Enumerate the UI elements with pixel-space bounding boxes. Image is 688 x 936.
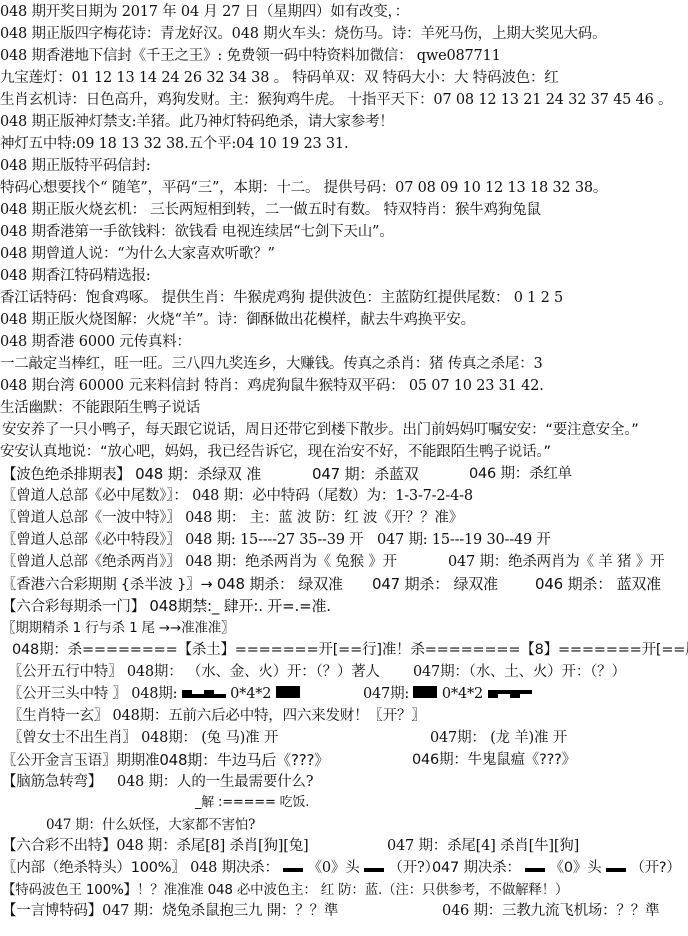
wave-king-row: 【特码波色王 100%】！？准准准 048 必中波色主： 红 防：蓝.（注：只供… [2,880,568,900]
ms-zeng-title: 〖曾女士不出生肖〗 [8,728,137,748]
wave-kill-046: 046 期：杀红单 [469,464,572,484]
zodiac-one-mystery-title: 〖生肖特一玄〗 [8,706,108,726]
kill-two-zodiac-048: 048 期：绝杀两肖为《 兔猴 》开 [185,552,397,572]
fire-mystery-line: 048 期正版火烧玄机： 三长两短相到转，二一做五时有数。 特双特肖：猴牛鸡狗兔… [0,200,541,220]
inner-kill-head-047-mid: 《0》头 [550,858,602,878]
underground-envelope-line: 048 期香港地下信封《千王之王》: 免费领一码中特资料加微信： qwe0877… [0,46,501,66]
brain-teaser-row: 【脑筋急转弯】 048 期：人的一生最需要什么? [2,772,313,792]
golden-words-title: 〖公开金言玉语〗期期准 [2,751,159,771]
black-bars-icon [276,684,300,704]
black-bars-icon [488,684,532,704]
must-segment-row: 〖曾道人总部《必中特段》〗 048 期: 15----27 35--39 开 0… [2,530,363,550]
wave-kill-row: 【波色绝杀排期表】 048 期：杀绿双 准 047 期：杀蓝双 046 期：杀红… [2,464,261,485]
special-envelope-line: 特码心想要找个“ 随笔”，平码“三”，本期：十二。 提供号码：07 08 09 … [0,178,607,198]
one-wave-048: 048 期： 主：蓝 波 防：红 波《开？？准》 [185,508,463,528]
three-heads-048-label: 048期: [131,684,177,704]
no-special-048: 048 期：杀尾[8] 杀肖[狗][兔] [116,836,308,856]
no-special-047: 047 期：杀尾[4] 杀肖[牛][狗] [387,836,579,856]
wave-king-text: ！？准准准 048 必中波色主： 红 防：蓝.（注：只供参考，不做解释！） [137,880,568,900]
one-word-bet-046: 046 期：三教九流飞机场：？？準 [442,901,659,921]
black-bars-icon [525,858,545,878]
inner-kill-head-048-label: 048 期决杀： [190,858,279,878]
must-tail-title: 〖曾道人总部《必中尾数》〗： [2,486,188,506]
three-heads-047-label: 047期: [363,684,409,704]
kill-half-wave-title: 〖香港六合彩期期 {杀半波 }〗→ [2,575,212,595]
humor-story-2: 安安认真地说：“放心吧，妈妈，我已经告诉它，现在治安不好，不能跟陌生鸭子说话。” [0,442,551,462]
black-bars-icon [413,684,437,704]
plum-poem-line: 048 期正版四字梅花诗：青龙好汉。048 期火车头：烧伤马。诗：羊死马伤，上期… [0,24,606,44]
public-five-elements-row: 〖公开五行中特〗 048期： （水、金、火）开：（？）著人 047期：（水、土、… [8,662,380,682]
wave-kill-048: 048 期：杀绿双 准 [135,464,261,484]
magic-lamp-five-line: 神灯五中特:09 18 13 32 38.五个平:04 10 19 23 31. [0,134,348,154]
draw-date-line: 048 期开奖日期为 2017 年 04 月 27 日（星期四）如有改变，： [0,2,409,22]
three-heads-048-code: 0*4*2 [230,684,271,704]
kill-two-zodiac-047: 047 期：绝杀两肖为《 羊 猪 》开 [448,552,664,572]
inner-kill-head-047: 047 期决杀： 《0》头 （开?） [432,858,681,878]
kill-two-zodiac-title: 〖曾道人总部《绝杀两肖》〗 [2,552,181,572]
inner-kill-head-047-label: 047 期决杀： [432,858,521,878]
inner-kill-head-047-end: （开?） [630,858,680,878]
hk-fax-title: 048 期香港 6000 元传真料： [0,332,191,352]
no-special-title: 【六合彩不出特】 [2,836,116,856]
zodiac-poem-line: 生肖玄机诗：日色高升，鸡狗发财。主：猴狗鸡牛虎。 十指平天下：07 08 12 … [0,90,672,110]
public-three-heads-row: 〖公开三头中特 〗 048期: 0*4*2 047期: 0*4*2 [8,684,300,704]
one-word-bet-row: 【一言博特码】047 期：烧兔杀鼠抱三九 開：？？準 046 期：三教九流飞机场… [2,901,338,921]
black-bars-icon [182,684,226,704]
kill-half-wave-047: 047 期杀： 绿双准 [372,574,498,594]
hk-first-hand-line: 048 期香港第一手欲钱料：欲钱看 电视连续居“七剑下天山”。 [0,222,394,242]
brain-teaser-047-question: 047 期：什么妖怪，大家都不害怕? [46,815,255,835]
one-word-bet-title: 【一言博特码】 [2,901,102,921]
kill-one-gate-row: 【六合彩每期杀一门】 048期禁:_ 肆开:. 开=.=准. [2,596,331,617]
kill-row-tail-title-row: 〖期期精杀 1 行与杀 1 尾 → →准准准〗 [2,618,234,638]
kill-row-tail-048: 048期：杀========【杀土】=======开[==行]准！杀======… [12,640,688,660]
zodiac-one-mystery-row: 〖生肖特一玄〗 048期：五前六后必中特，四六来发财！〖开？〗 [8,706,426,726]
xiangjiang-title: 048 期香江特码精选报: [0,266,151,286]
must-tail-048: 048 期：必中特码（尾数）为：1-3-7-2-4-8 [192,486,473,506]
black-bars-icon [283,858,303,878]
public-five-elements-title: 〖公开五行中特〗 [8,662,122,682]
kill-one-gate-title: 【六合彩每期杀一门】 [2,597,145,617]
golden-words-046: 046期：牛鬼鼠瘟《???》 [412,750,576,770]
must-tail-row: 〖曾道人总部《必中尾数》〗： 048 期：必中特码（尾数）为：1-3-7-2-4… [2,486,473,506]
wave-kill-047: 047 期：杀蓝双 [312,464,419,484]
inner-kill-head-row: 〖内部（绝杀特头）100%〗 048 期决杀： 《0》头 （开?） 047 期决… [2,858,439,878]
humor-story-1: 安安养了一只小鸭子，每天跟它说话，周日还带它到楼下散步。出门前妈妈叮嘱安安：“要… [2,420,639,440]
one-wave-row: 〖曾道人总部《一波中特》〗 048 期： 主：蓝 波 防：红 波《开？？准》 [2,508,463,528]
brain-teaser-048-question: 048 期：人的一生最需要什么? [117,772,313,792]
special-envelope-title: 048 期正版特平码信封: [0,156,151,176]
public-three-heads-title: 〖公开三头中特 〗 [8,684,127,704]
ms-zeng-048: 048期： (兔 马)准 开 [141,728,278,748]
three-heads-047: 047期: 0*4*2 [363,684,532,704]
magic-lamp-ban-line: 048 期正版神灯禁支:羊猪。此乃神灯特码绝杀，请大家参考！ [0,112,394,132]
hk-fax-line: 一二敲定当棒红，旺一旺。三八四九奖连乡，大赚钱。传真之杀肖：猪 传真之杀尾：3 [0,354,543,374]
ms-zeng-047: 047期： (龙 羊)准 开 [430,728,567,748]
golden-words-048: 048期：牛边马后《???》 [159,750,329,770]
golden-words-row: 〖公开金言玉语〗期期准048期：牛边马后《???》 046期：牛鬼鼠瘟《???》 [2,750,329,771]
no-special-row: 【六合彩不出特】048 期：杀尾[8] 杀肖[狗][兔] 047 期：杀尾[4]… [2,836,308,856]
kill-row-tail-tail: →准准准〗 [170,618,234,638]
one-wave-title: 〖曾道人总部《一波中特》〗 [2,508,181,528]
wave-king-title: 【特码波色王 100%】 [2,880,137,900]
kill-one-gate-048: 048期禁:_ 肆开:. 开=.=准. [149,596,330,616]
kill-half-wave-046: 046 期杀： 蓝双准 [535,574,661,594]
fire-diagram-line: 048 期正版火烧图解：火烧“羊”。诗：御酥做出花模样，献去牛鸡换平安。 [0,310,475,330]
must-segment-title: 〖曾道人总部《必中特段》〗 [2,530,181,550]
black-bars-icon [606,858,626,878]
xiangjiang-line: 香江话特码：饱食鸡啄。 提供生肖：牛猴虎鸡狗 提供波色：主蓝防红提供尾数： 0 … [0,288,563,308]
brain-teaser-048-answer: _解 :===== 吃饭. [195,793,309,813]
one-word-bet-047: 047 期：烧兔杀鼠抱三九 開：？？準 [102,901,338,921]
kill-two-zodiac-row: 〖曾道人总部《绝杀两肖》〗 048 期：绝杀两肖为《 兔猴 》开 047 期：绝… [2,552,397,572]
kill-half-wave-048: 048 期杀： 绿双准 [217,574,343,594]
public-five-elements-048: 048期： （水、金、火）开：（？）著人 [127,662,380,682]
must-segment-048: 048 期: 15----27 35--39 开 [185,530,363,550]
ms-zeng-row: 〖曾女士不出生肖〗 048期： (兔 马)准 开 047期： (龙 羊)准 开 [8,728,278,748]
three-heads-047-code: 0*4*2 [442,684,483,704]
inner-kill-head-048-mid: 《0》头 [308,858,360,878]
zodiac-one-mystery-048: 048期：五前六后必中特，四六来发财！〖开？〗 [113,706,426,726]
black-bars-icon [364,858,384,878]
public-five-elements-047: 047期：（水、土、火）开：（？） [413,662,626,682]
zeng-says-line: 048 期曾道人说：“为什么大家喜欢听歌？” [0,244,275,264]
taiwan-envelope-line: 048 期台湾 60000 元来料信封 特肖：鸡虎狗鼠牛猴特双平码： 05 07… [0,376,544,396]
kill-row-tail-title: 〖期期精杀 1 行与杀 1 尾 → [2,618,170,638]
humor-title: 生活幽默：不能跟陌生鸭子说话 [0,398,200,418]
kill-half-wave-row: 〖香港六合彩期期 {杀半波 }〗→ 048 期杀： 绿双准 047 期杀： 绿双… [2,574,343,595]
brain-teaser-title: 【脑筋急转弯】 [2,772,102,792]
nine-lotus-lamp-line: 九宝莲灯：01 12 13 14 24 26 32 34 38 。 特码单双：双… [0,68,559,88]
wave-kill-title: 【波色绝杀排期表】 [2,465,131,485]
inner-kill-head-title: 〖内部（绝杀特头）100%〗 [2,858,186,878]
must-segment-047: 047 期: 15---19 30--49 开 [377,530,551,550]
